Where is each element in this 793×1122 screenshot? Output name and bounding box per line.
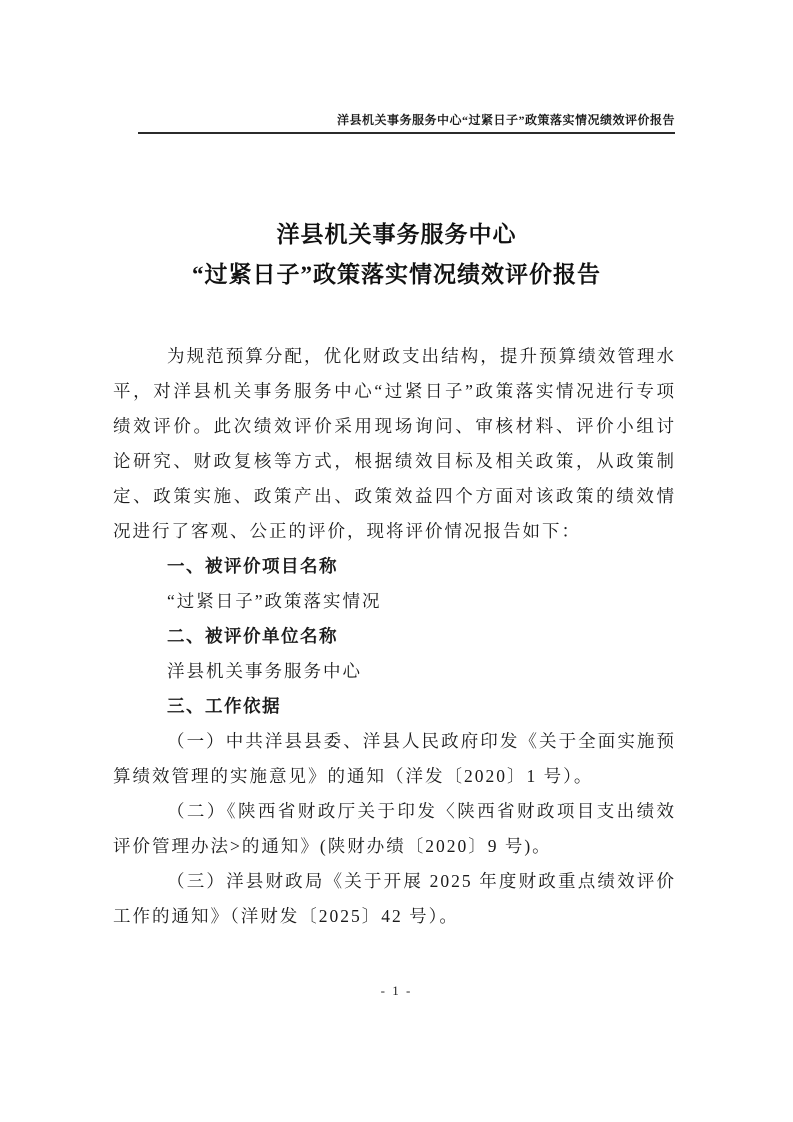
document-title: 洋县机关事务服务中心 “过紧日子”政策落实情况绩效评价报告	[0, 215, 793, 295]
page-footer: - 1 -	[0, 983, 793, 999]
document-page: 洋县机关事务服务中心“过紧日子”政策落实情况绩效评价报告 洋县机关事务服务中心 …	[0, 0, 793, 1122]
document-title-line-2: “过紧日子”政策落实情况绩效评价报告	[0, 255, 793, 295]
running-header-text: 洋县机关事务服务中心“过紧日子”政策落实情况绩效评价报告	[337, 113, 675, 127]
body-paragraph: “过紧日子”政策落实情况	[113, 584, 676, 619]
body-paragraph: 为规范预算分配，优化财政支出结构，提升预算绩效管理水平，对洋县机关事务服务中心“…	[113, 339, 676, 549]
body-paragraph: （二）《陕西省财政厅关于印发〈陕西省财政项目支出绩效评价管理办法>的通知》(陕财…	[113, 794, 676, 864]
body-paragraph: 洋县机关事务服务中心	[113, 654, 676, 689]
section-heading: 一、被评价项目名称	[113, 549, 676, 584]
body-paragraph: （三）洋县财政局《关于开展 2025 年度财政重点绩效评价工作的通知》（洋财发〔…	[113, 864, 676, 934]
page-header: 洋县机关事务服务中心“过紧日子”政策落实情况绩效评价报告	[138, 113, 675, 134]
body-paragraph: （一）中共洋县县委、洋县人民政府印发《关于全面实施预算绩效管理的实施意见》的通知…	[113, 724, 676, 794]
page-number: - 1 -	[381, 983, 413, 998]
section-heading: 二、被评价单位名称	[113, 619, 676, 654]
document-title-line-1: 洋县机关事务服务中心	[0, 215, 793, 255]
section-heading: 三、工作依据	[113, 689, 676, 724]
document-body: 为规范预算分配，优化财政支出结构，提升预算绩效管理水平，对洋县机关事务服务中心“…	[113, 339, 676, 934]
